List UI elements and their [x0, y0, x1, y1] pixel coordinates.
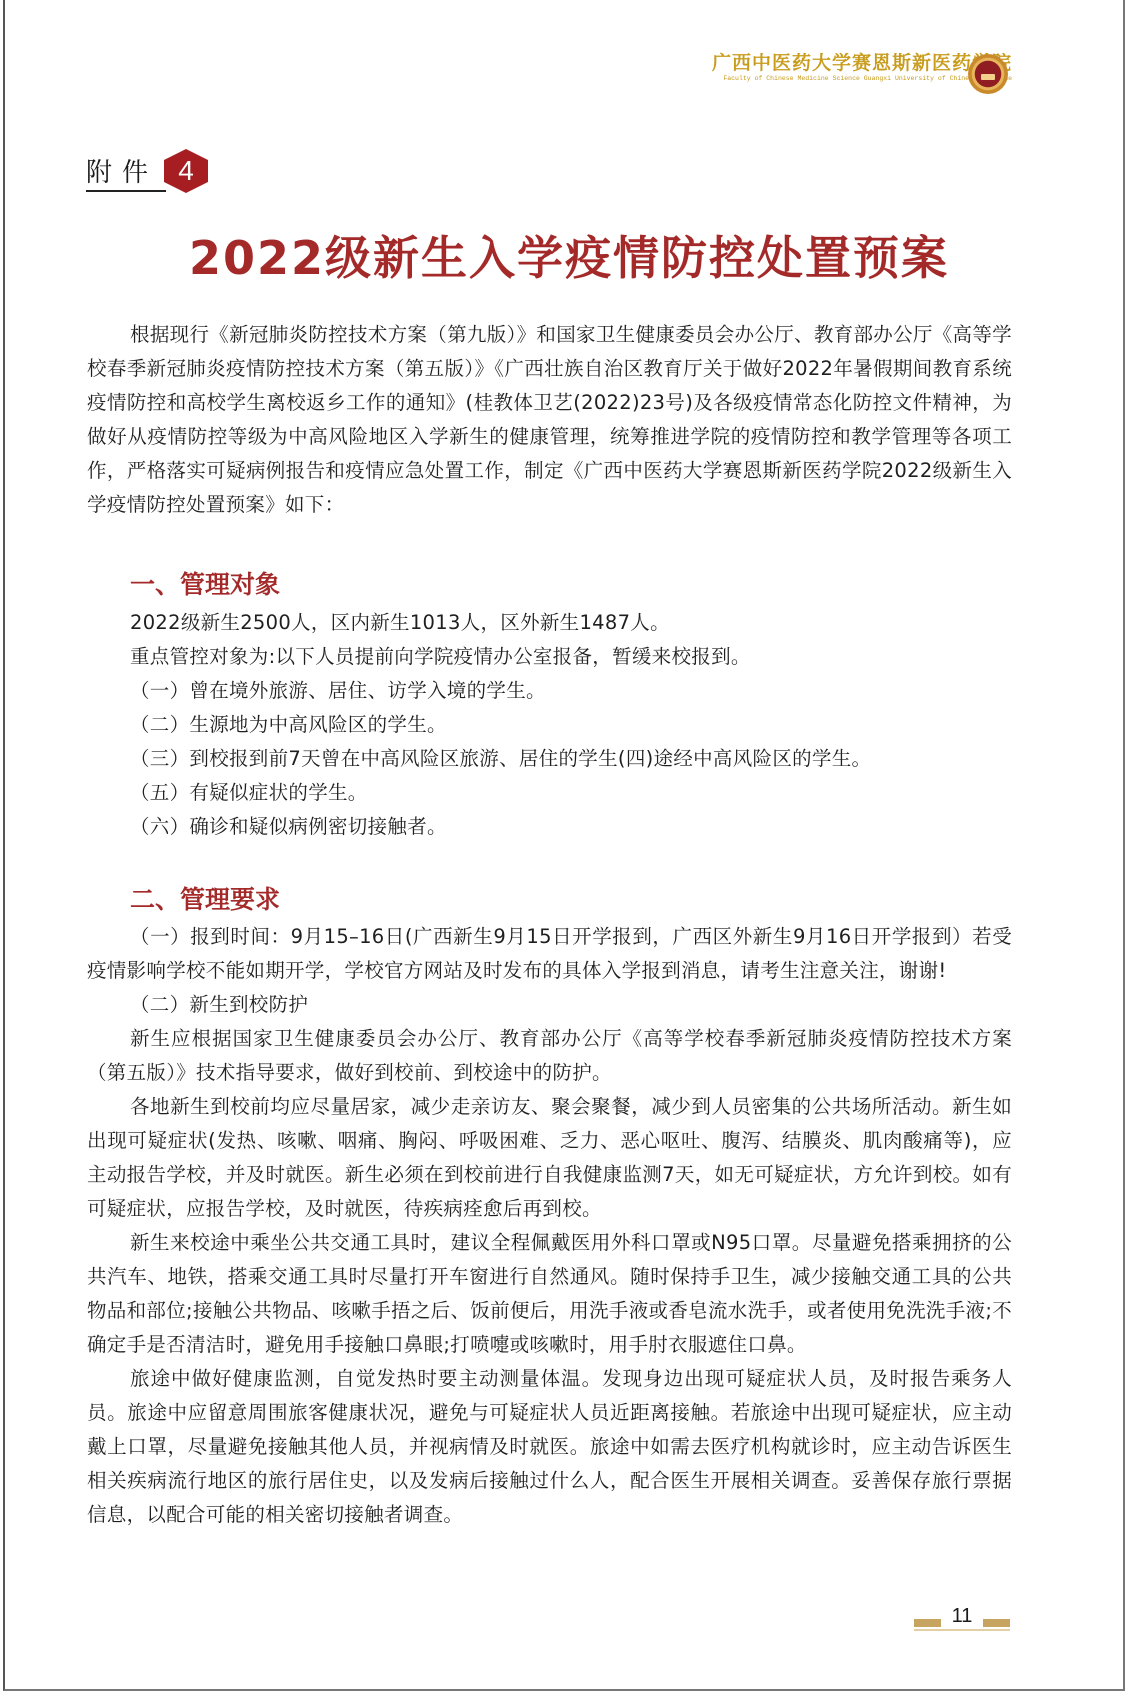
document-title: 2022级新生入学疫情防控处置预案: [0, 222, 1130, 288]
attachment-underline: [86, 190, 166, 192]
section-heading-1: 一、管理对象: [130, 565, 280, 601]
decor-underline: [914, 1629, 1010, 1631]
focus-targets: 重点管控对象为:以下人员提前向学院疫情办公室报备，暂缓来校报到。: [87, 640, 1012, 674]
page-number-footer: 11: [914, 1611, 1010, 1631]
institution-name-en: Faculty of Chinese Medicine Science Guan…: [712, 74, 1012, 83]
list-item: （五）有疑似症状的学生。: [87, 776, 1012, 810]
intro-text: 根据现行《新冠肺炎防控技术方案（第九版）》和国家卫生健康委员会办公厅、教育部办公…: [87, 318, 1012, 522]
list-item: （二）生源地为中高风险区的学生。: [87, 708, 1012, 742]
page-header: 广西中医药大学赛恩斯新医药学院 Faculty of Chinese Medic…: [712, 52, 1012, 83]
decor-bar-right: [983, 1619, 1010, 1627]
paragraph: 新生应根据国家卫生健康委员会办公厅、教育部办公厅《高等学校春季新冠肺炎疫情防控技…: [87, 1022, 1012, 1090]
subheading-protection: （二）新生到校防护: [87, 988, 1012, 1022]
decor-bar-left: [914, 1619, 941, 1627]
page-number: 11: [947, 1605, 977, 1628]
section-1-body: 2022级新生2500人，区内新生1013人，区外新生1487人。 重点管控对象…: [87, 606, 1012, 844]
enrollment-summary: 2022级新生2500人，区内新生1013人，区外新生1487人。: [87, 606, 1012, 640]
list-item: （一）曾在境外旅游、居住、访学入境的学生。: [87, 674, 1012, 708]
attachment-label: 附件 4: [86, 152, 158, 189]
registration-time: （一）报到时间：9月15–16日(广西新生9月15日开学报到，广西区外新生9月1…: [87, 920, 1012, 988]
intro-paragraph: 根据现行《新冠肺炎防控技术方案（第九版）》和国家卫生健康委员会办公厅、教育部办公…: [87, 318, 1012, 522]
list-item: （六）确诊和疑似病例密切接触者。: [87, 810, 1012, 844]
college-seal-icon: [968, 54, 1008, 94]
paragraph: 旅途中做好健康监测，自觉发热时要主动测量体温。发现身边出现可疑症状人员，及时报告…: [87, 1362, 1012, 1532]
section-2-body: （一）报到时间：9月15–16日(广西新生9月15日开学报到，广西区外新生9月1…: [87, 920, 1012, 1532]
section-heading-2: 二、管理要求: [130, 880, 280, 916]
paragraph: 各地新生到校前均应尽量居家，减少走亲访友、聚会聚餐，减少到人员密集的公共场所活动…: [87, 1090, 1012, 1226]
institution-name-cn: 广西中医药大学赛恩斯新医药学院: [712, 52, 1012, 74]
list-item: （三）到校报到前7天曾在中高风险区旅游、居住的学生(四)途经中高风险区的学生。: [87, 742, 1012, 776]
attachment-text: 附件: [86, 158, 158, 188]
paragraph: 新生来校途中乘坐公共交通工具时，建议全程佩戴医用外科口罩或N95口罩。尽量避免搭…: [87, 1226, 1012, 1362]
